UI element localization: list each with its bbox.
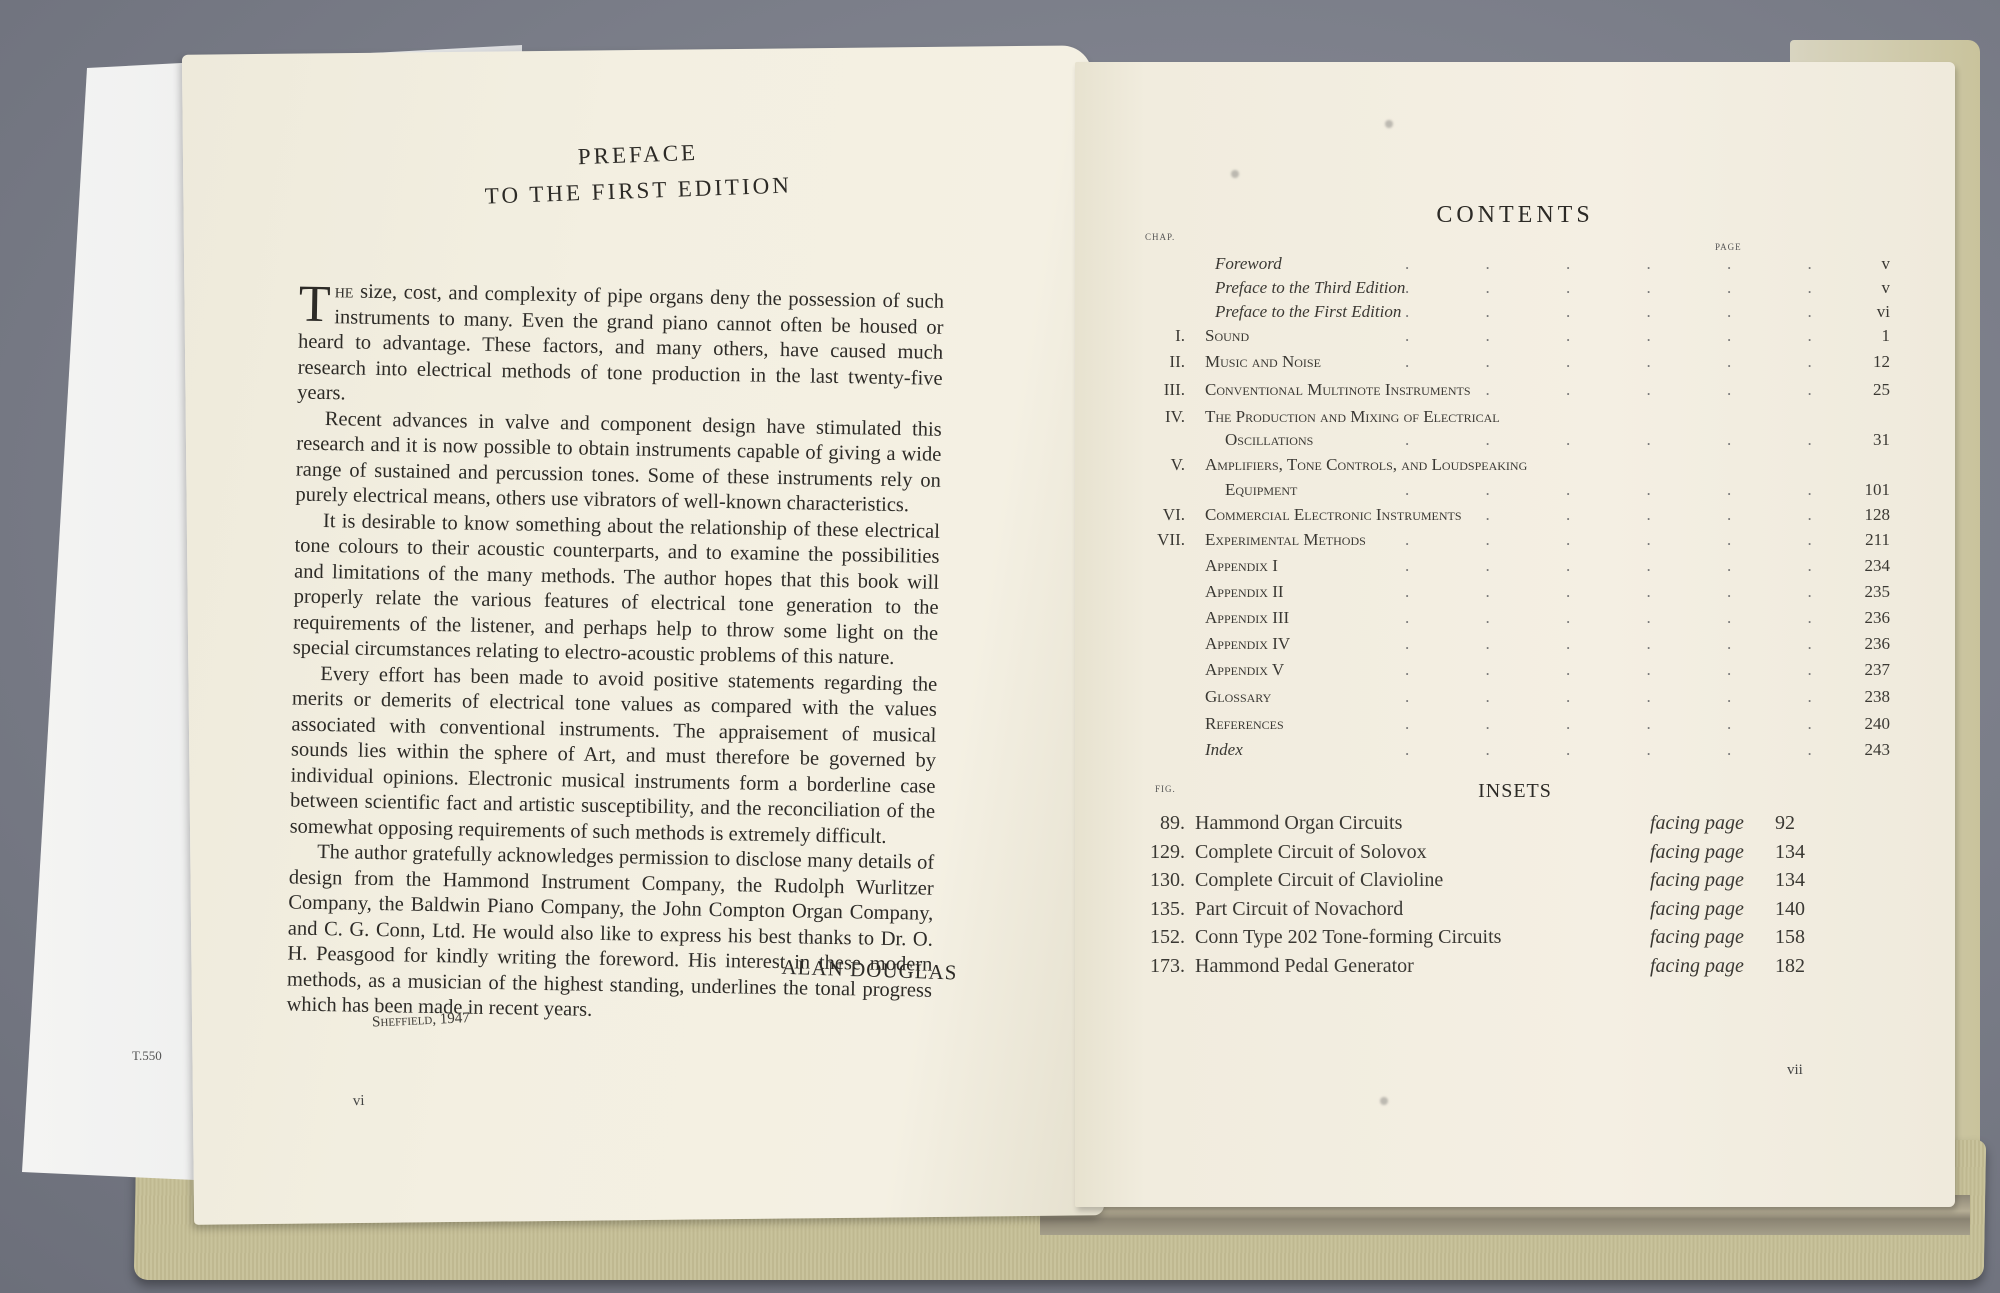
leader-dots: . . . . . . . . . . . . . xyxy=(1405,556,1845,576)
preface-paragraph: Every effort has been made to avoid posi… xyxy=(289,661,937,851)
contents-entry: V.Amplifiers, Tone Controls, and Loudspe… xyxy=(1075,455,1955,479)
leader-dots: . . . . . . . . . . . . . xyxy=(1405,740,1845,760)
chapter-title: Oscillations xyxy=(1225,430,1313,450)
inset-entry: 129.Complete Circuit of Solovoxfacing pa… xyxy=(1075,841,1955,869)
page-ref: 1 xyxy=(1882,326,1891,346)
leader-dots: . . . . . . . . . . . . . xyxy=(1405,480,1845,500)
contents-entry: References. . . . . . . . . . . . .240 xyxy=(1075,714,1955,738)
left-page-preface: PREFACE TO THE FIRST EDITION The size, c… xyxy=(182,45,1104,1224)
chapter-title: Equipment xyxy=(1225,480,1297,500)
leader-dots: . . . . . . . . . . . . . xyxy=(1405,687,1845,707)
leader-dots: . . . . . . . . . . . . . xyxy=(1405,302,1845,322)
leader-dots: . . . . . . . . . . . . . xyxy=(1405,714,1845,734)
page-ref: 211 xyxy=(1865,530,1890,550)
contents-entry: Appendix I. . . . . . . . . . . . .234 xyxy=(1075,556,1955,580)
place-date: Sheffield, 1947 xyxy=(372,1010,470,1031)
contents-entry: IV.The Production and Mixing of Electric… xyxy=(1075,407,1955,431)
paper-spot xyxy=(1385,120,1393,128)
chapter-title: Foreword xyxy=(1215,254,1282,274)
inset-title: Part Circuit of Novachord xyxy=(1195,898,1403,921)
leader-dots: . . . . . . . . . . . . . xyxy=(1405,352,1845,372)
inset-entry: 152.Conn Type 202 Tone-forming Circuitsf… xyxy=(1075,926,1955,954)
chapter-title: Experimental Methods xyxy=(1205,530,1366,550)
chap-label: CHAP. xyxy=(1145,232,1175,242)
facing-page-label: facing page xyxy=(1650,898,1744,921)
leader-dots: . . . . . . . . . . . . . xyxy=(1405,505,1845,525)
figure-number: 152. xyxy=(1150,926,1185,949)
inset-entry: 135.Part Circuit of Novachordfacing page… xyxy=(1075,898,1955,926)
chapter-title: Appendix V xyxy=(1205,660,1284,680)
page-label: PAGE xyxy=(1715,242,1742,252)
contents-entry: Preface to the Third Edition. . . . . . … xyxy=(1075,278,1955,302)
facing-page-label: facing page xyxy=(1650,841,1744,864)
inset-title: Conn Type 202 Tone-forming Circuits xyxy=(1195,926,1501,949)
chapter-title: Index xyxy=(1205,740,1243,760)
leader-dots: . . . . . . . . . . . . . xyxy=(1405,380,1845,400)
inset-entry: 89.Hammond Organ Circuitsfacing page92 xyxy=(1075,812,1955,840)
contents-entry: Appendix II. . . . . . . . . . . . .235 xyxy=(1075,582,1955,606)
inset-page: 182 xyxy=(1775,955,1805,978)
chapter-title: Amplifiers, Tone Controls, and Loudspeak… xyxy=(1205,455,1527,475)
page-ref: 237 xyxy=(1865,660,1891,680)
figure-number: 135. xyxy=(1150,898,1185,921)
leader-dots: . . . . . . . . . . . . . xyxy=(1405,530,1845,550)
chapter-number: IV. xyxy=(1165,407,1185,427)
contents-entry: II.Music and Noise. . . . . . . . . . . … xyxy=(1075,352,1955,376)
contents-entry: Index. . . . . . . . . . . . .243 xyxy=(1075,740,1955,764)
facing-page-label: facing page xyxy=(1650,869,1744,892)
leader-dots: . . . . . . . . . . . . . xyxy=(1405,430,1845,450)
chapter-title: The Production and Mixing of Electrical xyxy=(1205,407,1500,427)
page-ref: 243 xyxy=(1865,740,1891,760)
chapter-number: VII. xyxy=(1157,530,1185,550)
page-ref: 236 xyxy=(1865,634,1891,654)
chapter-number: II. xyxy=(1169,352,1185,372)
inset-page: 134 xyxy=(1775,869,1805,892)
chapter-title: Glossary xyxy=(1205,687,1271,707)
inset-title: Complete Circuit of Solovox xyxy=(1195,841,1427,864)
contents-entry: Appendix V. . . . . . . . . . . . .237 xyxy=(1075,660,1955,684)
leader-dots: . . . . . . . . . . . . . xyxy=(1405,278,1845,298)
preface-paragraph: The size, cost, and complexity of pipe o… xyxy=(297,279,944,418)
facing-page-label: facing page xyxy=(1650,812,1744,835)
page-ref: 236 xyxy=(1865,608,1891,628)
page-ref: v xyxy=(1882,278,1891,298)
contents-entry: VI.Commercial Electronic Instruments. . … xyxy=(1075,505,1955,529)
chapter-title: Appendix III xyxy=(1205,608,1289,628)
contents-entry: Equipment. . . . . . . . . . . . .101 xyxy=(1075,480,1955,504)
page-ref: 31 xyxy=(1873,430,1890,450)
page-ref: 235 xyxy=(1865,582,1891,602)
chapter-number: V. xyxy=(1171,455,1185,475)
page-ref: v xyxy=(1882,254,1891,274)
facing-page-label: facing page xyxy=(1650,926,1744,949)
page-ref: 128 xyxy=(1865,505,1891,525)
contents-entry: Glossary. . . . . . . . . . . . .238 xyxy=(1075,687,1955,711)
right-page-contents: CONTENTS CHAP. PAGE Foreword. . . . . . … xyxy=(1075,62,1955,1207)
leader-dots: . . . . . . . . . . . . . xyxy=(1405,582,1845,602)
inset-title: Complete Circuit of Clavioline xyxy=(1195,869,1443,892)
preface-paragraph: Recent advances in valve and component d… xyxy=(295,406,942,519)
contents-entry: VII.Experimental Methods. . . . . . . . … xyxy=(1075,530,1955,554)
contents-entry: Preface to the First Edition. . . . . . … xyxy=(1075,302,1955,326)
inset-page: 92 xyxy=(1775,812,1795,835)
inset-page: 140 xyxy=(1775,898,1805,921)
chapter-title: Appendix I xyxy=(1205,556,1278,576)
chapter-title: References xyxy=(1205,714,1284,734)
page-ref: 238 xyxy=(1865,687,1891,707)
page-number-right: vii xyxy=(1787,1062,1803,1079)
inset-entry: 173.Hammond Pedal Generatorfacing page18… xyxy=(1075,955,1955,983)
page-ref: 240 xyxy=(1865,714,1891,734)
preface-paragraph: It is desirable to know something about … xyxy=(293,508,941,672)
page-number-left: vi xyxy=(353,1093,365,1110)
leader-dots: . . . . . . . . . . . . . xyxy=(1405,608,1845,628)
jacket-code: T.550 xyxy=(132,1048,162,1064)
preface-paragraph: The author gratefully acknowledges permi… xyxy=(286,839,934,1029)
page-ref: 25 xyxy=(1873,380,1890,400)
inset-page: 158 xyxy=(1775,926,1805,949)
figure-number: 129. xyxy=(1150,841,1185,864)
inset-title: Hammond Pedal Generator xyxy=(1195,955,1414,978)
page-ref: 234 xyxy=(1865,556,1891,576)
inset-page: 134 xyxy=(1775,841,1805,864)
contents-entry: Oscillations. . . . . . . . . . . . .31 xyxy=(1075,430,1955,454)
page-ref: 101 xyxy=(1865,480,1891,500)
chapter-title: Preface to the First Edition xyxy=(1215,302,1401,322)
leader-dots: . . . . . . . . . . . . . xyxy=(1405,254,1845,274)
page-ref: vi xyxy=(1877,302,1890,322)
chapter-title: Appendix IV xyxy=(1205,634,1290,654)
insets-title: INSETS xyxy=(1075,780,1955,803)
chapter-number: VI. xyxy=(1163,505,1185,525)
leader-dots: . . . . . . . . . . . . . xyxy=(1405,634,1845,654)
contents-entry: Appendix III. . . . . . . . . . . . .236 xyxy=(1075,608,1955,632)
figure-number: 130. xyxy=(1150,869,1185,892)
page-ref: 12 xyxy=(1873,352,1890,372)
facing-page-label: facing page xyxy=(1650,955,1744,978)
paper-spot xyxy=(1231,170,1239,178)
chapter-number: III. xyxy=(1164,380,1185,400)
chapter-number: I. xyxy=(1175,326,1185,346)
contents-title: CONTENTS xyxy=(1075,202,1955,229)
inset-title: Hammond Organ Circuits xyxy=(1195,812,1402,835)
inset-entry: 130.Complete Circuit of Claviolinefacing… xyxy=(1075,869,1955,897)
contents-entry: III.Conventional Multinote Instruments. … xyxy=(1075,380,1955,404)
chapter-title: Appendix II xyxy=(1205,582,1284,602)
leader-dots: . . . . . . . . . . . . . xyxy=(1405,326,1845,346)
paper-spot xyxy=(1380,1097,1388,1105)
leader-dots: . . . . . . . . . . . . . xyxy=(1405,660,1845,680)
contents-entry: Foreword. . . . . . . . . . . . .v xyxy=(1075,254,1955,278)
figure-number: 89. xyxy=(1160,812,1185,835)
chapter-title: Preface to the Third Edition xyxy=(1215,278,1405,298)
contents-entry: I.Sound. . . . . . . . . . . . .1 xyxy=(1075,326,1955,350)
chapter-title: Music and Noise xyxy=(1205,352,1321,372)
contents-entry: Appendix IV. . . . . . . . . . . . .236 xyxy=(1075,634,1955,658)
preface-body: The size, cost, and complexity of pipe o… xyxy=(286,279,944,1030)
figure-number: 173. xyxy=(1150,955,1185,978)
preface-drop-cap: T xyxy=(298,283,331,328)
chapter-title: Sound xyxy=(1205,326,1249,346)
